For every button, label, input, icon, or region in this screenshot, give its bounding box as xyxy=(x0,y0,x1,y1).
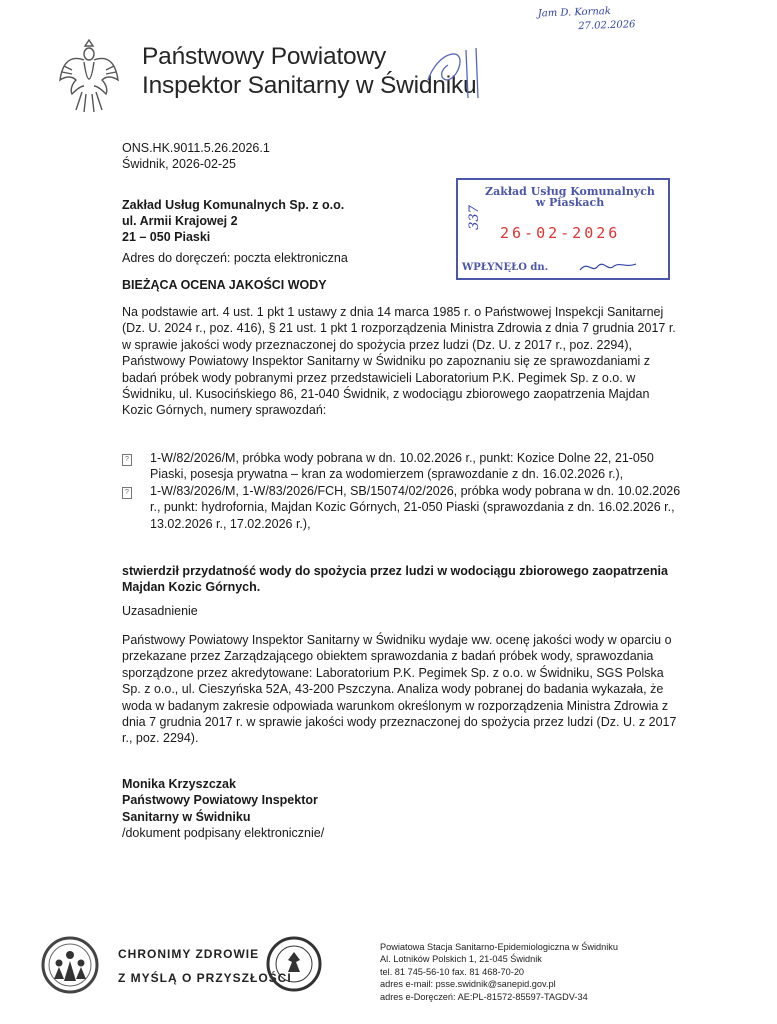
list-item-text: 1-W/83/2026/M, 1-W/83/2026/FCH, SB/15074… xyxy=(150,483,682,532)
polish-eagle-emblem-icon xyxy=(58,36,120,116)
signature-note: /dokument podpisany elektronicznie/ xyxy=(122,825,324,841)
list-item-text: 1-W/82/2026/M, próbka wody pobrana w dn.… xyxy=(150,450,682,483)
received-stamp: Zakład Usług Komunalnych w Piaskach 337 … xyxy=(456,178,670,280)
list-item: ? 1-W/82/2026/M, próbka wody pobrana w d… xyxy=(122,450,682,483)
bullet-icon: ? xyxy=(122,450,150,483)
contact-edelivery: adres e-Doręczeń: AE:PL-81572-85597-TAGD… xyxy=(380,991,618,1003)
signer-title-line1: Państwowy Powiatowy Inspektor xyxy=(122,792,324,808)
reference-number: ONS.HK.9011.5.26.2026.1 xyxy=(122,140,270,156)
place-date: Świdnik, 2026-02-25 xyxy=(122,156,270,172)
stamp-number: 337 xyxy=(467,205,482,230)
stamp-received-label: WPŁYNĘŁO dn. xyxy=(462,262,548,273)
handwritten-note-line2: 27.02.2026 xyxy=(578,18,636,34)
health-protection-logo-icon xyxy=(40,935,100,995)
addressee-block: Zakład Usług Komunalnych Sp. z o.o. ul. … xyxy=(122,197,344,245)
sanitary-inspection-emblem-icon xyxy=(266,930,322,998)
signer-name: Monika Krzyszczak xyxy=(122,776,324,792)
justification-paragraph: Państwowy Powiatowy Inspektor Sanitarny … xyxy=(122,632,682,747)
report-list: ? 1-W/82/2026/M, próbka wody pobrana w d… xyxy=(122,450,682,532)
addressee-city: 21 – 050 Piaski xyxy=(122,229,344,245)
contact-email[interactable]: adres e-mail: psse.swidnik@sanepid.gov.p… xyxy=(380,978,618,990)
addressee-street: ul. Armii Krajowej 2 xyxy=(122,213,344,229)
contact-institution: Powiatowa Stacja Sanitarno-Epidemiologic… xyxy=(380,941,618,953)
stamp-date: 26-02-2026 xyxy=(500,224,620,242)
delivery-address: Adres do doręczeń: poczta elektroniczna xyxy=(122,251,348,265)
handwritten-scribble-icon xyxy=(418,40,488,102)
bullet-icon: ? xyxy=(122,483,150,532)
stamp-company-line2: w Piaskach xyxy=(476,197,664,208)
stamp-signature-icon xyxy=(578,260,638,274)
footer-contact: Powiatowa Stacja Sanitarno-Epidemiologic… xyxy=(380,941,618,1003)
conclusion-text: stwierdził przydatność wody do spożycia … xyxy=(122,563,682,596)
addressee-name: Zakład Usług Komunalnych Sp. z o.o. xyxy=(122,197,344,213)
justification-heading: Uzasadnienie xyxy=(122,604,198,618)
signature-block: Monika Krzyszczak Państwowy Powiatowy In… xyxy=(122,776,324,842)
document-title: BIEŻĄCA OCENA JAKOŚCI WODY xyxy=(122,278,327,292)
legal-basis-paragraph: Na podstawie art. 4 ust. 1 pkt 1 ustawy … xyxy=(122,304,682,419)
contact-address: Al. Lotników Polskich 1, 21-045 Świdnik xyxy=(380,953,618,965)
list-item: ? 1-W/83/2026/M, 1-W/83/2026/FCH, SB/150… xyxy=(122,483,682,532)
contact-phone: tel. 81 745-56-10 fax. 81 468-70-20 xyxy=(380,966,618,978)
stamp-company: Zakład Usług Komunalnych w Piaskach xyxy=(476,186,664,208)
signer-title-line2: Sanitarny w Świdniku xyxy=(122,809,324,825)
document-meta: ONS.HK.9011.5.26.2026.1 Świdnik, 2026-02… xyxy=(122,140,270,172)
handwritten-note: Jam D. Kornak 27.02.2026 xyxy=(528,4,636,36)
